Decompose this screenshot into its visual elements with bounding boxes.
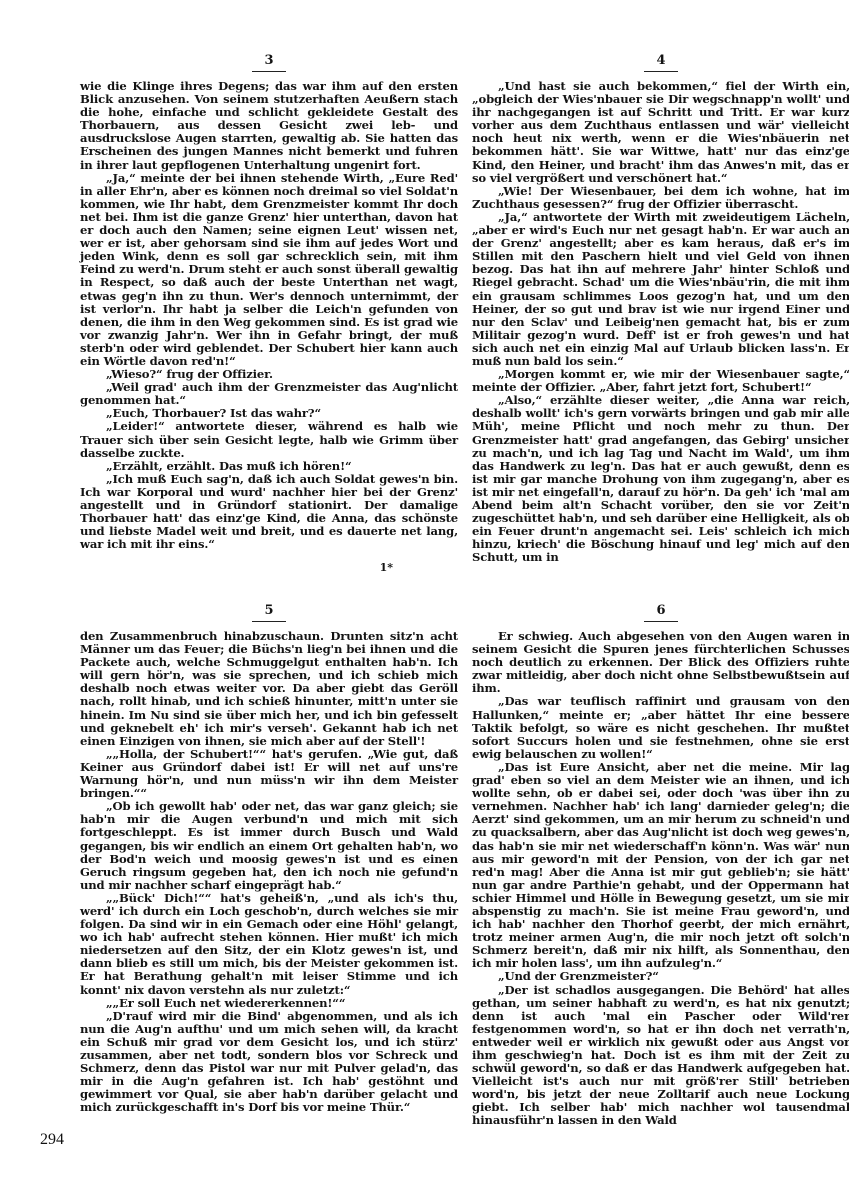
page-5: 5 den Zusammenbruch hinabzuschaun. Drunt… [80,604,458,1114]
paragraph: „Der ist schadlos ausgegangen. Die Behör… [472,984,849,1128]
paragraph: „Das war teuflisch raffinirt und grausam… [472,695,849,760]
sheet-folio-number: 294 [40,1131,64,1149]
page-number-header: 4 [472,54,849,72]
paragraph: „Also,“ erzählte dieser weiter, „die Ann… [472,394,849,564]
paragraph: den Zusammenbruch hinabzuschaun. Drunten… [80,630,458,748]
paragraph: „„Bück' Dich!““ hat's geheiß'n, „und als… [80,892,458,997]
paragraph: „Leider!“ antwortete dieser, während es … [80,420,458,459]
page-body: den Zusammenbruch hinabzuschaun. Drunten… [80,630,458,1114]
paragraph: „Ja,“ meinte der bei ihnen stehende Wirt… [80,172,458,368]
page-body: Er schwieg. Auch abgesehen von den Augen… [472,630,849,1128]
page-3: 3 wie die Klinge ihres Degens; das war i… [80,54,458,574]
paragraph: wie die Klinge ihres Degens; das war ihm… [80,80,458,172]
paragraph: „Weil grad' auch ihm der Grenzmeister da… [80,381,458,407]
paragraph: „Und hast sie auch bekommen,“ fiel der W… [472,80,849,185]
page-4: 4 „Und hast sie auch bekommen,“ fiel der… [472,54,849,564]
paragraph: „Das ist Eure Ansicht, aber net die mein… [472,761,849,971]
page-number-header: 5 [80,604,458,622]
paragraph: „Morgen kommt er, wie mir der Wiesenbaue… [472,368,849,394]
paragraph: „Ich muß Euch sag'n, daß ich auch Soldat… [80,473,458,552]
signature-mark: 1* [80,561,458,574]
paragraph: „„Holla, der Schubert!““ hat's gerufen. … [80,748,458,800]
paragraph: „Erzählt, erzählt. Das muß ich hören!“ [80,460,458,473]
paragraph: „„Er soll Euch net wiedererkennen!““ [80,997,458,1010]
paragraph: „Wie! Der Wiesenbauer, bei dem ich wohne… [472,185,849,211]
page-body: „Und hast sie auch bekommen,“ fiel der W… [472,80,849,564]
page-body: wie die Klinge ihres Degens; das war ihm… [80,80,458,551]
paragraph: „Ob ich gewollt hab' oder net, das war g… [80,800,458,892]
paragraph: „Ja,“ antwortete der Wirth mit zweideuti… [472,211,849,368]
paragraph: „D'rauf wird mir die Bind' abgenommen, u… [80,1010,458,1115]
page-6: 6 Er schwieg. Auch abgesehen von den Aug… [472,604,849,1128]
paragraph: „Und der Grenzmeister?“ [472,970,849,983]
page-number-header: 6 [472,604,849,622]
paragraph: Er schwieg. Auch abgesehen von den Augen… [472,630,849,695]
page-number-header: 3 [80,54,458,72]
